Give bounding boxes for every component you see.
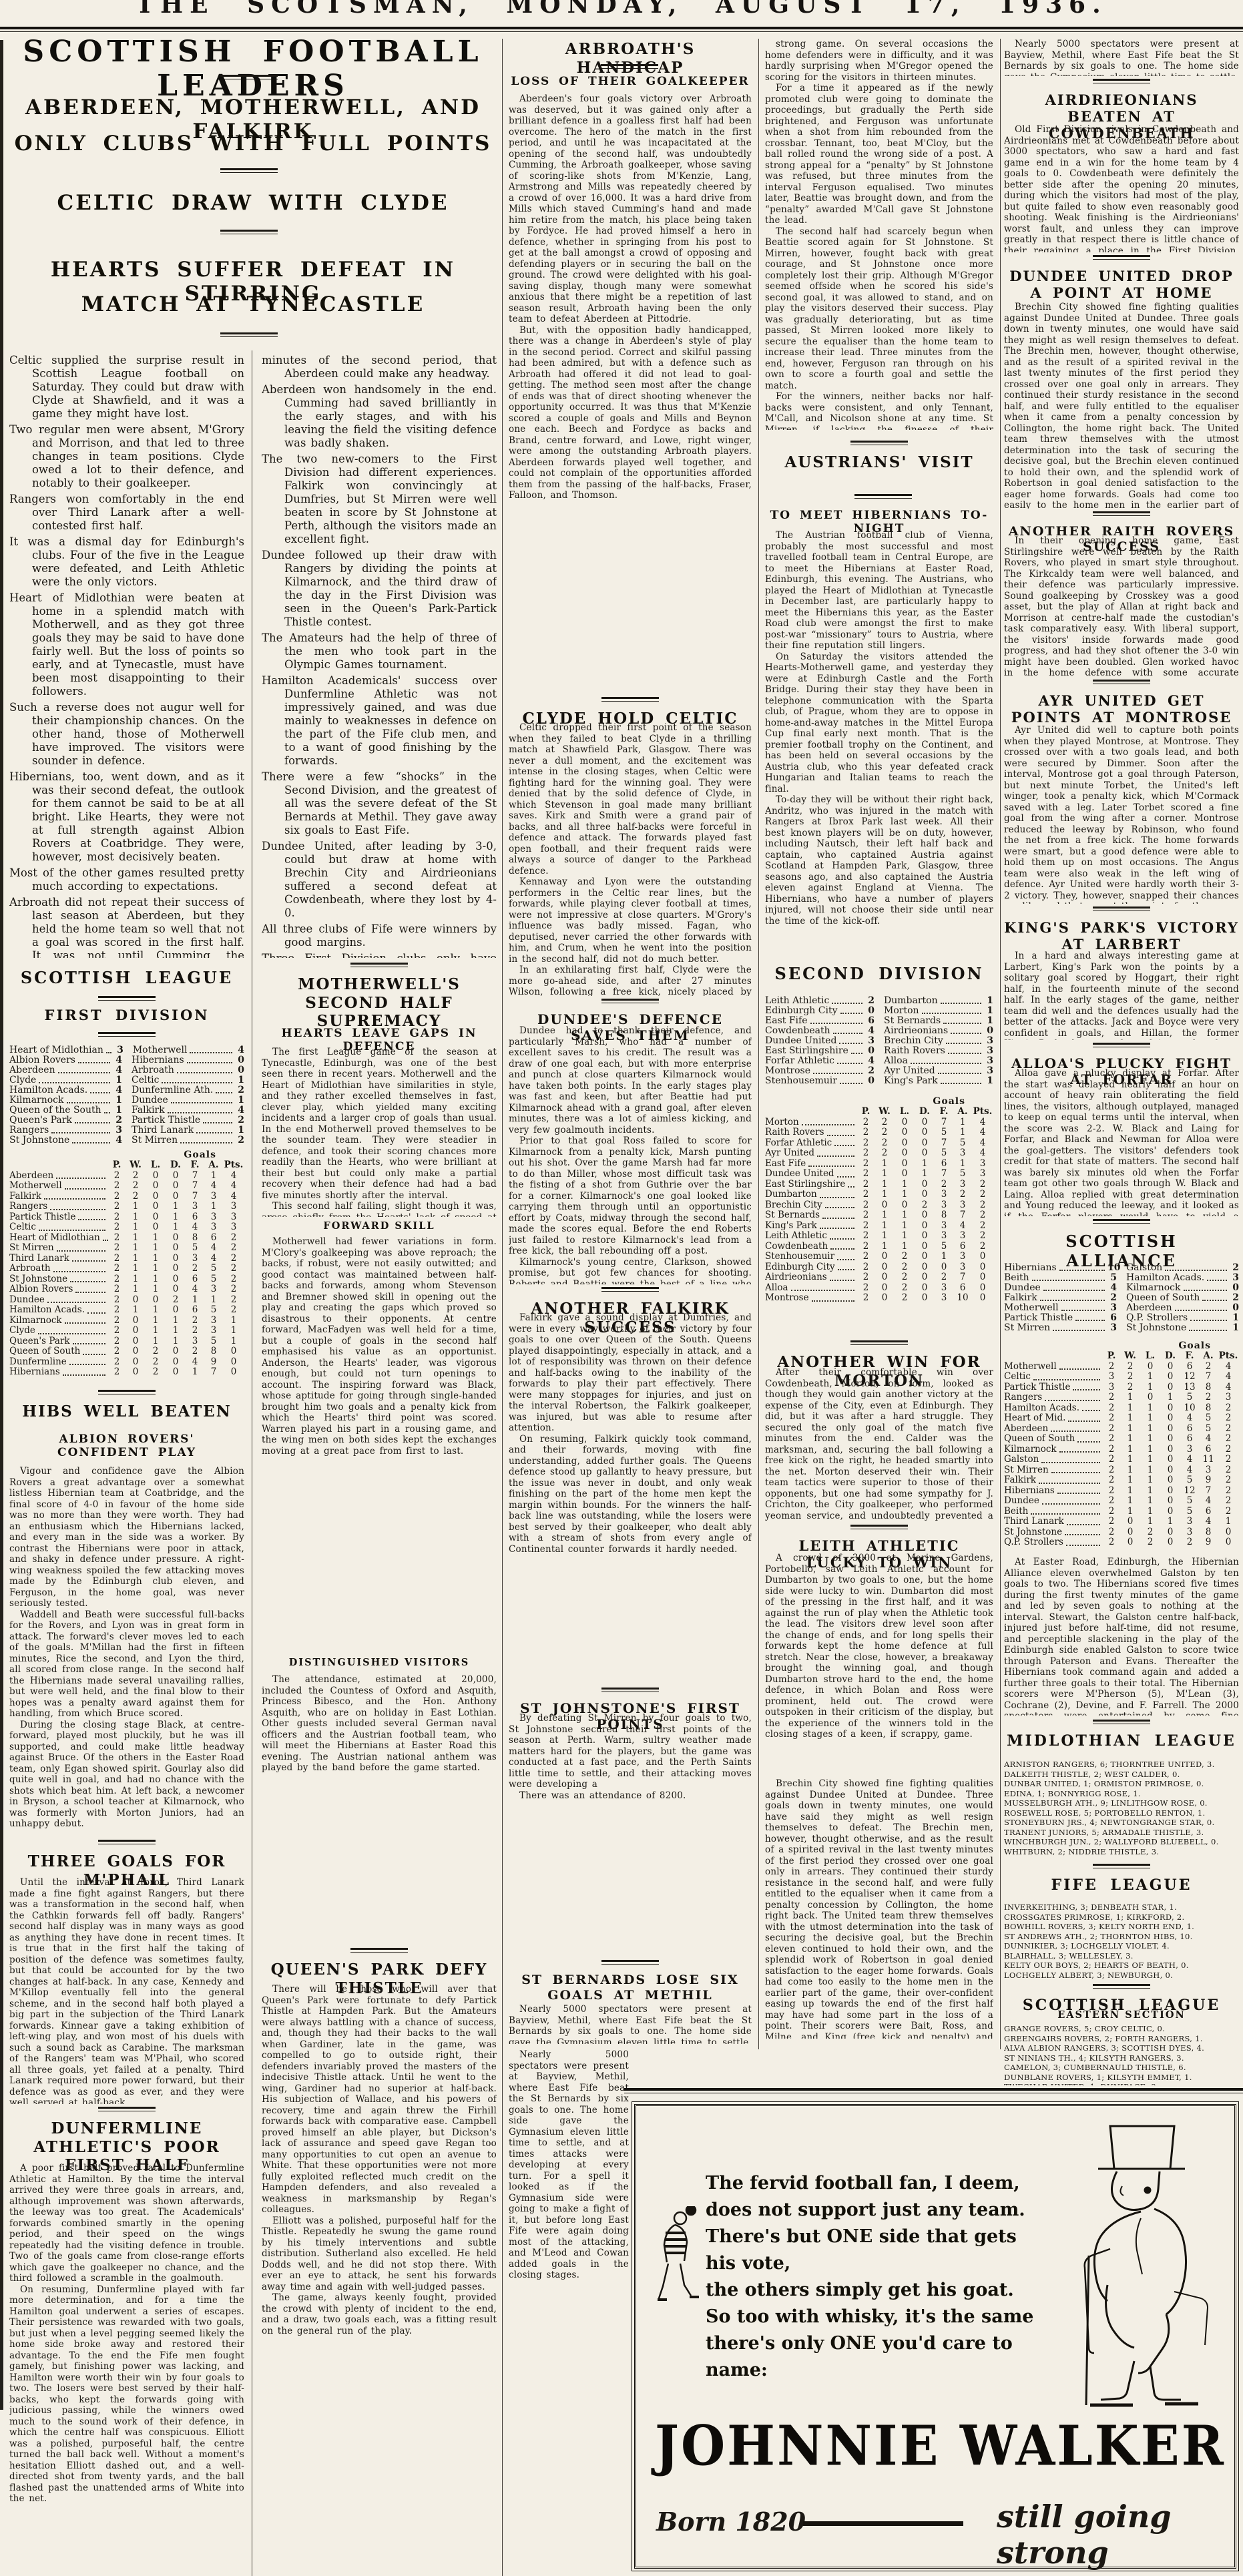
table-row: Dumbarton 21 10 32 2 [765, 1190, 993, 1200]
away-team: Brechin City [884, 1036, 943, 1046]
austrians-body: The Austrian football club of Vienna, pr… [765, 530, 993, 955]
team-name: Heart of Mid. [1004, 1413, 1065, 1424]
table-row: East Stirlingshire 21 10 23 2 [765, 1180, 993, 1190]
away-score: 1 [984, 1006, 993, 1016]
table-row: Beith 21 10 56 2 [1004, 1507, 1239, 1517]
ad-poem-line: So too with whisky, it's the same [706, 2304, 1053, 2330]
home-team: Motherwell [1004, 1303, 1059, 1313]
dot-leader [203, 1122, 232, 1123]
result-row: Aberdeen4 Arbroath0 [9, 1065, 244, 1075]
stjohnstone-continuation: strong game. On several occasions the ho… [765, 39, 993, 430]
team-name: Dunfermline [9, 1357, 67, 1368]
team-name: Rangers [9, 1202, 47, 1212]
table-row: Aberdeen 22 00 71 4 [9, 1171, 244, 1182]
scan-edge-left [0, 40, 3, 2410]
away-team: St Johnstone [1126, 1323, 1186, 1333]
masthead: THE SCOTSMAN, MONDAY, AUGUST 17, 1936. [0, 0, 1243, 24]
home-score: 3 [114, 1045, 123, 1055]
away-score: 2 [235, 1135, 244, 1145]
johnnie-walker-illustration [1010, 2118, 1224, 2412]
dot-leader [177, 1072, 232, 1073]
dot-leader [51, 1132, 110, 1133]
home-team: Queen's Park [9, 1115, 72, 1125]
away-team: Dundee [132, 1095, 168, 1105]
table-row: St Johnstone 20 20 38 0 [1004, 1527, 1239, 1538]
table-row: St Bernards 21 10 87 2 [765, 1210, 993, 1221]
away-score: 1 [235, 1075, 244, 1085]
home-team: Falkirk [1004, 1293, 1037, 1303]
arbroath-body: Aberdeen's four goals victory over Arbro… [509, 93, 752, 694]
stb-body-narrow: Nearly 5000 spectators were present at B… [509, 2049, 629, 2310]
result-row: Dundee United3 Brechin City3 [765, 1036, 993, 1046]
leader-paragraph: Dundee United, after leading by 3-0, cou… [262, 840, 497, 920]
table-row: Celtic 32 10 127 4 [1004, 1372, 1239, 1382]
visitors-title: DISTINGUISHED VISITORS [262, 1657, 497, 1668]
stb-title: ST BERNARDS LOSE SIX GOALS AT METHIL [509, 1960, 752, 2003]
footballer-illustration [642, 2206, 702, 2306]
result-row: Motherwell3 Aberdeen0 [1004, 1303, 1239, 1313]
home-score: 4 [113, 1055, 122, 1065]
team-name: Montrose [765, 1293, 809, 1304]
table-row: Heart of Midlothian 21 10 86 2 [9, 1233, 244, 1244]
dunfermline-body: A poor first half proved fatal to Dunfer… [9, 2163, 244, 2571]
deck-line-2: ONLY CLUBS WITH FULL POINTS [9, 132, 497, 156]
table-row: Aberdeen 21 10 65 2 [1004, 1424, 1239, 1435]
team-name: Clyde [9, 1326, 35, 1336]
team-name: Albion Rovers [9, 1284, 73, 1295]
leader-paragraph: Heart of Midlothian were beaten at home … [9, 591, 244, 698]
league-result-line: EDINA, 1; BONNYRIGG ROSE, 1. [1004, 1789, 1239, 1799]
home-team: Albion Rovers [9, 1055, 75, 1065]
home-score: 2 [113, 1115, 122, 1125]
first-division-results: Heart of Midlothian3 Motherwell4 Albion … [9, 1045, 244, 1145]
table-row: Kilmarnock 21 10 36 2 [1004, 1445, 1239, 1455]
team-name: Hamilton Acads. [9, 1305, 85, 1316]
result-row: Clyde1 Celtic1 [9, 1075, 244, 1085]
result-row: Leith Athletic2 Dumbarton1 [765, 996, 993, 1006]
team-name: St Mirren [1004, 1465, 1049, 1476]
goals-spanner: Goals [765, 1096, 993, 1107]
goals-spanner: Goals [9, 1149, 244, 1160]
table-row: Dundee 21 10 54 2 [1004, 1496, 1239, 1507]
away-team: Hibernians [132, 1055, 184, 1065]
dot-leader [90, 1092, 110, 1093]
table-row: Galston 21 10 411 2 [1004, 1455, 1239, 1465]
table-row: Leith Athletic 21 10 33 2 [765, 1231, 993, 1242]
away-score: 1 [235, 1125, 244, 1135]
home-team: St Johnstone [9, 1135, 69, 1145]
dot-leader [39, 1082, 110, 1083]
table-row: Kilmarnock 20 11 23 1 [9, 1316, 244, 1326]
team-name: Arbroath [9, 1264, 51, 1274]
table-body: Aberdeen 22 00 71 4 Motherwell 22 00 74 … [9, 1171, 244, 1378]
table-row: Third Lanark 21 10 34 2 [9, 1254, 244, 1264]
column-rule-4 [1000, 39, 1001, 2049]
table-header-row: P. W. L. D. F. A. Pts. [9, 1160, 244, 1171]
home-score: 6 [865, 1016, 875, 1026]
team-name: Morton [765, 1117, 799, 1128]
home-team: Beith [1004, 1273, 1029, 1283]
masthead-rule-2 [0, 31, 1243, 32]
away-team: Falkirk [132, 1105, 165, 1115]
team-name: Queen's Park [9, 1336, 70, 1347]
result-row: Stenhousemuir0 King's Park1 [765, 1076, 993, 1086]
away-score: 3 [984, 1046, 993, 1056]
team-name: Partick Thistle [9, 1212, 75, 1223]
column-rule-1 [252, 350, 252, 2576]
leader-paragraph: Hamilton Academicals' success over Dunfe… [262, 674, 497, 768]
away-score: 3 [1230, 1273, 1239, 1283]
scottish-league-title: SCOTTISH LEAGUE [9, 968, 244, 987]
stb-body: Nearly 5000 spectators were present at B… [509, 2004, 752, 2044]
table-body: Morton 22 00 71 4 Raith Rovers 22 00 51 … [765, 1117, 993, 1304]
ad-poem-line: there's only ONE you'd care to name: [706, 2330, 1053, 2384]
away-team: King's Park [884, 1076, 938, 1086]
table-row: Queen of South 20 20 28 0 [9, 1346, 244, 1357]
team-name: Hibernians [1004, 1486, 1055, 1497]
team-name: Dumbarton [765, 1190, 817, 1200]
league-result-line: DUNBLANE ROVERS, 1; KILSYTH EMMET, 1. [1004, 2073, 1239, 2083]
midlothian-list: ARNISTON RANGERS, 6; THORNTREE UNITED, 3… [1004, 1760, 1239, 1860]
table-row: King's Park 21 10 34 2 [765, 1221, 993, 1232]
dot-leader [171, 1102, 232, 1103]
team-name: East Fife [765, 1159, 806, 1170]
league-result-line: ARNISTON RANGERS, 6; THORNTREE UNITED, 3… [1004, 1760, 1239, 1770]
leith-body: A crowd of 3000 at Marine Gardens, Porto… [765, 1553, 993, 1773]
result-row: Queen of the South1 Falkirk4 [9, 1105, 244, 1115]
team-name: Hamilton Acads. [1004, 1403, 1079, 1414]
table-row: St Mirren 21 10 43 2 [1004, 1465, 1239, 1476]
home-team: Clyde [9, 1075, 36, 1085]
ayr-body: Ayr United did well to capture both poin… [1004, 725, 1239, 904]
home-score: 0 [865, 1006, 875, 1016]
kings-park-title: KING'S PARK'S VICTORY AT LARBERT [1004, 907, 1239, 953]
away-team: Alloa [884, 1056, 908, 1066]
dot-leader [75, 1122, 110, 1123]
home-score: 0 [865, 1076, 875, 1086]
ad-slogan: still going strong [997, 2499, 1234, 2571]
arbroath-subtitle: LOSS OF THEIR GOALKEEPER [509, 75, 752, 88]
dot-leader [72, 1142, 110, 1143]
motherwell-body: The first League game of the season at T… [262, 1047, 497, 1217]
team-name: Forfar Athletic [765, 1138, 832, 1149]
result-row: Hibernians10 Galston2 [1004, 1263, 1239, 1273]
result-row: Edinburgh City0 Morton1 [765, 1006, 993, 1016]
ad-top-rule-2 [624, 2093, 1243, 2093]
team-name: Dundee [9, 1295, 45, 1306]
team-name: Q.P. Strollers [1004, 1537, 1063, 1548]
table-row: Q.P. Strollers 20 20 29 0 [1004, 1537, 1239, 1548]
deck-line-3: CELTIC DRAW WITH CLYDE [9, 191, 497, 215]
ad-poem: The fervid football fan, I deem,does not… [706, 2170, 1053, 2384]
table-row: Clyde 20 11 23 1 [9, 1326, 244, 1336]
leader-paragraph: Aberdeen won handsomely in the end. Cumm… [262, 383, 497, 450]
team-name: Galston [1004, 1455, 1039, 1465]
league-result-line: ROSEWELL ROSE, 5; PORTOBELLO RENTON, 1. [1004, 1808, 1239, 1818]
table-row: Cowdenbeath 21 10 56 2 [765, 1242, 993, 1252]
league-result-line: DALKEITH THISTLE, 2; WEST CALDER, 0. [1004, 1770, 1239, 1780]
team-name: Brechin City [765, 1200, 822, 1211]
team-name: Motherwell [1004, 1362, 1057, 1372]
result-row: Dundee4 Kilmarnock0 [1004, 1283, 1239, 1293]
home-team: Hibernians [1004, 1263, 1057, 1273]
away-score: 1 [984, 1016, 993, 1026]
ad-top-rule [624, 2088, 1243, 2091]
away-score: 2 [1230, 1263, 1239, 1273]
result-row: Rangers3 Third Lanark1 [9, 1125, 244, 1135]
table-row: Alloa 20 20 36 0 [765, 1283, 993, 1294]
clyde-body: Celtic dropped their first point of the … [509, 722, 752, 996]
home-team: Rangers [9, 1125, 49, 1135]
col-played: P. [108, 1160, 126, 1171]
dot-leader [190, 1052, 232, 1053]
home-team: Leith Athletic [765, 996, 829, 1006]
austrians-divider [854, 494, 912, 499]
home-score: 10 [1107, 1263, 1117, 1273]
home-score: 4 [113, 1085, 122, 1095]
team-name: St Bernards [765, 1210, 820, 1221]
motherwell-title: MOTHERWELL'S SECOND HALF SUPREMACY [262, 963, 497, 1031]
dot-leader [162, 1082, 232, 1083]
team-name: Raith Rovers [765, 1127, 824, 1138]
home-score: 4 [113, 1135, 122, 1145]
team-name: Partick Thistle [1004, 1382, 1070, 1393]
stjp-body: By defeating St Mirren by four goals to … [509, 1713, 752, 1957]
away-team: Arbroath [132, 1065, 174, 1075]
table-row: Celtic 21 01 43 3 [9, 1222, 244, 1233]
home-team: Forfar Athletic [765, 1056, 834, 1066]
team-name: Beith [1004, 1507, 1028, 1517]
away-score: 3 [984, 1056, 993, 1066]
league-result-line: ALVA ALBION RANGERS, 3; SCOTTISH DYES, 4… [1004, 2043, 1239, 2053]
arbroath-title: ARBROATH'S HANDICAP [509, 40, 752, 77]
away-team: Ayr United [884, 1066, 935, 1076]
result-row: Beith5 Hamilton Acads.3 [1004, 1273, 1239, 1283]
table-row: Partick Thistle 21 01 63 3 [9, 1212, 244, 1223]
ad-poem-line: The fervid football fan, I deem, [706, 2170, 1053, 2197]
first-division-divider [98, 1032, 156, 1037]
away-team: Third Lanark [132, 1125, 194, 1135]
league-result-line: LOCHORE WEL., 1; ST ANDREWS UNITED, 1. [1004, 1980, 1239, 1981]
team-name: Falkirk [9, 1192, 41, 1202]
leader-column-1: Celtic supplied the surprise result in S… [9, 354, 244, 958]
home-team: Partick Thistle [1004, 1313, 1073, 1323]
leader-column-2: minutes of the second period, that Aberd… [262, 354, 497, 958]
home-score: 1 [113, 1105, 122, 1115]
table-row: Montrose 20 20 310 0 [765, 1293, 993, 1304]
away-score: 1 [235, 1095, 244, 1105]
league-result-line: WHITBURN, 2; NIDDRIE THISTLE, 3. [1004, 1847, 1239, 1857]
result-row: St Johnstone4 St Mirren2 [9, 1135, 244, 1145]
away-score: 2 [235, 1115, 244, 1125]
league-result-line: CAMELON, 3; CUMBERNAULD THISTLE, 6. [1004, 2063, 1239, 2073]
league-result-line: ST NINIANS TH., 4; KILSYTH RANGERS, 3. [1004, 2053, 1239, 2063]
away-team: St Bernards [884, 1016, 941, 1026]
col-points: Pts. [223, 1160, 244, 1171]
league-result-line: KELTY OUR BOYS, 2; HEARTS OF BEATH, 0. [1004, 1961, 1239, 1971]
second-division-results: Leith Athletic2 Dumbarton1 Edinburgh Cit… [765, 996, 993, 1087]
home-team: Stenhousemuir [765, 1076, 837, 1086]
away-score: 1 [984, 996, 993, 1006]
leader-paragraph: The two new-comers to the First Division… [262, 453, 497, 546]
home-score: 4 [1107, 1283, 1117, 1293]
masthead-rule [0, 27, 1243, 29]
team-name: St Mirren [9, 1243, 54, 1254]
result-row: Kilmarnock1 Dundee1 [9, 1095, 244, 1105]
table-row: Motherwell 22 00 74 4 [9, 1181, 244, 1192]
table-row: St Mirren 21 10 54 2 [9, 1243, 244, 1254]
home-team: St Mirren [1004, 1323, 1050, 1333]
home-score: 4 [113, 1065, 122, 1075]
leader-paragraph: Hibernians, too, went down, and as it wa… [9, 770, 244, 864]
result-row: Falkirk2 Queen of South2 [1004, 1293, 1239, 1303]
home-team: Dundee United [765, 1036, 836, 1046]
leader-paragraph: Celtic supplied the surprise result in S… [9, 354, 244, 421]
away-team: Morton [884, 1006, 919, 1016]
first-division-table: Goals P. W. L. D. F. A. Pts. Aberdeen 22… [9, 1149, 244, 1378]
table-row: St Johnstone 21 10 65 2 [9, 1274, 244, 1285]
home-team: Dundee [1004, 1283, 1041, 1293]
alliance-results: Hibernians10 Galston2 Beith5 Hamilton Ac… [1004, 1263, 1239, 1334]
whisky-ad: The fervid football fan, I deem,does not… [634, 2104, 1236, 2569]
team-name: King's Park [765, 1221, 817, 1232]
league-result-line: DUNBAR UNITED, 1; ORMISTON PRIMROSE, 0. [1004, 1779, 1239, 1789]
team-name: Dundee United [765, 1169, 834, 1180]
dundee-utd-body: Brechin City showed fine fighting qualit… [1004, 302, 1239, 509]
away-team: Q.P. Strollers [1126, 1313, 1188, 1323]
col-against: A. [204, 1160, 223, 1171]
away-score: 4 [235, 1105, 244, 1115]
table-row: Queen's Park 20 11 35 1 [9, 1336, 244, 1347]
home-score: 5 [1107, 1273, 1117, 1283]
home-score: 2 [865, 996, 875, 1006]
first-division-title: FIRST DIVISION [9, 1007, 244, 1023]
team-name: Third Lanark [9, 1254, 69, 1264]
home-score: 3 [865, 1036, 875, 1046]
team-name: Aberdeen [1004, 1424, 1048, 1435]
team-name: Celtic [9, 1222, 36, 1233]
result-row: Heart of Midlothian3 Motherwell4 [9, 1045, 244, 1055]
ad-poem-line: does not support just any team. [706, 2197, 1053, 2224]
away-team: Queen of South [1126, 1293, 1200, 1303]
away-team: Dumbarton [884, 996, 938, 1006]
away-score: 1 [1230, 1313, 1239, 1323]
table-header-row: P.W. L.D. F.A. Pts. [1004, 1351, 1239, 1362]
hibs-body: Vigour and confidence gave the Albion Ro… [9, 1466, 244, 1838]
table-row: Morton 22 00 71 4 [765, 1117, 993, 1128]
table-row: Falkirk 22 00 73 4 [9, 1192, 244, 1202]
team-name: Third Lanark [1004, 1517, 1064, 1527]
kings-park-body: In a hard and always interesting game at… [1004, 951, 1239, 1040]
away-team: Kilmarnock [1126, 1283, 1181, 1293]
table-row: Falkirk 21 10 59 2 [1004, 1475, 1239, 1486]
away-team: Celtic [132, 1075, 159, 1085]
away-team: Hamilton Acads. [1126, 1273, 1204, 1283]
raith-body: In their opening home game, East Stirlin… [1004, 535, 1239, 677]
away-score: 0 [1230, 1283, 1239, 1293]
league-result-line: LOCHGELLY ALBERT, 3; NEWBURGH, 0. [1004, 1971, 1239, 1981]
deck-divider-2 [220, 168, 278, 173]
home-score: 2 [865, 1066, 875, 1076]
hibs-subtitle: ALBION ROVERS' CONFIDENT PLAY [9, 1433, 244, 1459]
table-row: Motherwell 22 00 62 4 [1004, 1362, 1239, 1372]
dot-leader [104, 1112, 110, 1113]
home-score: 3 [1107, 1323, 1117, 1333]
newspaper-page: THE SCOTSMAN, MONDAY, AUGUST 17, 1936. S… [0, 0, 1243, 2576]
away-team: Galston [1126, 1263, 1162, 1273]
table-row: Brechin City 20 02 33 2 [765, 1200, 993, 1211]
team-name: East Stirlingshire [765, 1180, 845, 1190]
league-result-line: TWECHAR UNITED, 1; DUNIPACE, 3. [1004, 2082, 1239, 2085]
team-name: Hibernians [9, 1367, 60, 1378]
home-score: 4 [865, 1026, 875, 1036]
away-score: 1 [1230, 1323, 1239, 1333]
eastern-subtitle: EASTERN SECTION [1004, 2009, 1239, 2021]
leader-paragraph: Rangers won comfortably in the end over … [9, 493, 244, 533]
away-score: 2 [1230, 1293, 1239, 1303]
home-team: Edinburgh City [765, 1006, 838, 1016]
away-score: 0 [1230, 1303, 1239, 1313]
dot-leader [58, 1072, 110, 1073]
away-team: St Mirren [132, 1135, 178, 1145]
dot-leader [106, 1052, 111, 1053]
away-team: Airdrieonians [884, 1026, 948, 1036]
table-row: Dundee 20 02 11 2 [9, 1295, 244, 1306]
table-row: Forfar Athletic 22 00 75 4 [765, 1138, 993, 1149]
league-result-line: DUNNIKIER, 3; LOCHGELLY VIOLET, 4. [1004, 1941, 1239, 1951]
austrians-title: AUSTRIANS' VISIT [765, 441, 993, 472]
table-row: Partick Thistle 32 10 138 4 [1004, 1382, 1239, 1393]
col-lost: L. [146, 1160, 166, 1171]
table-row: Hibernians 21 10 127 2 [1004, 1486, 1239, 1497]
ad-brand: JOHNNIE WALKER [655, 2414, 1226, 2478]
dot-leader [67, 1102, 111, 1103]
away-score: 1 [984, 1076, 993, 1086]
table-row: Queen of South 21 10 64 2 [1004, 1434, 1239, 1445]
team-name: Leith Athletic [765, 1231, 827, 1242]
visitors-body: The attendance, estimated at 20,000, inc… [262, 1674, 497, 1947]
team-name: Airdrieonians [765, 1272, 827, 1283]
alloa-body: Alloa gave a plucky display at Forfar. A… [1004, 1068, 1239, 1216]
midlothian-title: MIDLOTHIAN LEAGUE [1004, 1720, 1239, 1750]
league-result-line: TRANENT JUNIORS, 5; ARMADALE THISTLE, 3. [1004, 1828, 1239, 1838]
leader-paragraph: Most of the other games resulted pretty … [9, 866, 244, 893]
table-row: Ayr United 22 00 53 4 [765, 1148, 993, 1159]
second-division-table: Goals P.W. L.D. F.A. Pts. Morton 22 00 7… [765, 1096, 993, 1304]
table-row: Stenhousemuir 20 20 13 0 [765, 1252, 993, 1262]
goals-spanner: Goals [1004, 1340, 1239, 1351]
ad-poem-line: There's but ONE side that gets his vote, [706, 2224, 1053, 2277]
team-name: Queen of South [1004, 1434, 1075, 1445]
home-score: 1 [113, 1095, 122, 1105]
leader-paragraph: All three clubs of Fife were winners by … [262, 923, 497, 949]
table-row: Dunfermline 20 20 49 0 [9, 1357, 244, 1368]
table-row: Third Lanark 20 11 34 1 [1004, 1517, 1239, 1527]
league-result-line: MUSSELBURGH ATH., 9; LINLITHGOW ROSE, 0. [1004, 1798, 1239, 1808]
leader-paragraph: Three First Division clubs only have gai… [262, 952, 497, 958]
deck-line-5: MATCH AT TYNECASTLE [9, 292, 497, 316]
away-team: Aberdeen [1126, 1303, 1172, 1313]
col-won: W. [126, 1160, 146, 1171]
eastern-list: GRANGE ROVERS, 5; CROY CELTIC, 0.GREENGA… [1004, 2024, 1239, 2085]
league-result-line: INVERKEITHING, 3; DENBEATH STAR, 1. [1004, 1902, 1239, 1912]
table-row: Hibernians 20 20 17 0 [9, 1367, 244, 1378]
ayr-title: AYR UNITED GET POINTS AT MONTROSE [1004, 680, 1239, 726]
dot-leader [187, 1062, 232, 1063]
forward-skill-title: FORWARD SKILL [262, 1220, 497, 1232]
airdrie-body: Old First Division rivals in Cowdenbeath… [1004, 124, 1239, 252]
result-row: Forfar Athletic4 Alloa3 [765, 1056, 993, 1066]
